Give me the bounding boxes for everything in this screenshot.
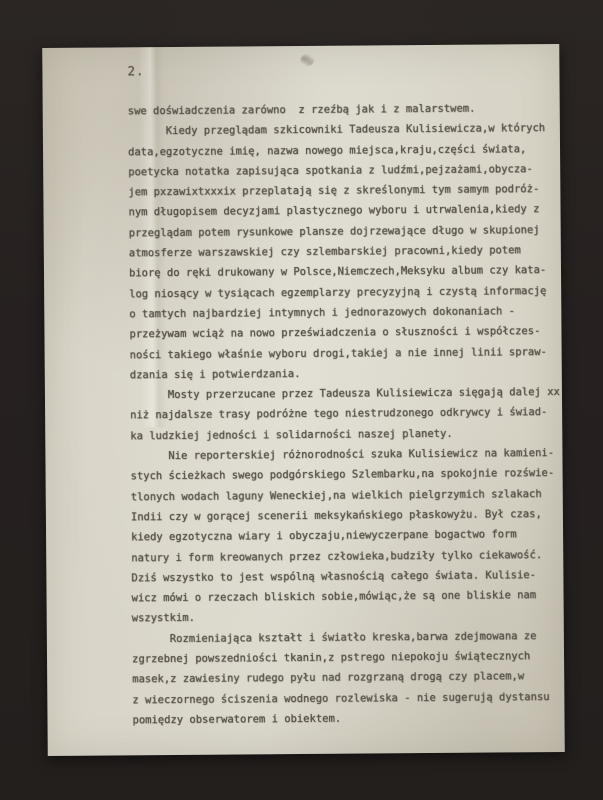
page-number: 2. xyxy=(127,63,144,78)
photo-background: 2. swe doświadczenia zarówno z rzeźbą ja… xyxy=(0,0,603,800)
text-line: biorę do ręki drukowany w Polsce,Niemcze… xyxy=(129,260,554,284)
text-line: wicz mówi o rzeczach bliskich sobie,mówi… xyxy=(131,585,556,609)
smudge-mark xyxy=(300,54,314,66)
text-line: pomiędzy obserwatorem i obiektem. xyxy=(132,707,557,731)
paragraph: Nie reporterskiej różnorodności szuka Ku… xyxy=(130,443,556,629)
paragraph: Kiedy przeglądam szkicowniki Tadeusza Ku… xyxy=(128,118,555,385)
text-line: masek,z zawiesiny rudego pyłu nad rozgrz… xyxy=(132,666,557,690)
text-line: ności takiego właśnie wyboru drogi,takie… xyxy=(130,342,555,366)
paragraph: Mosty przerzucane przez Tadeusza Kulisie… xyxy=(130,382,555,446)
typewritten-text: swe doświadczenia zarówno z rzeźbą jak i… xyxy=(128,98,558,731)
text-line: kiedy egzotyczna wiary i obyczaju,niewyc… xyxy=(131,524,556,548)
text-line: Kiedy przeglądam szkicowniki Tadeusza Ku… xyxy=(128,118,553,142)
text-line: przeżywam wciąż na nowo przeświadczenia … xyxy=(129,321,554,345)
scanned-page: 2. swe doświadczenia zarówno z rzeźbą ja… xyxy=(42,44,565,756)
text-line: stych ścieżkach swego podgórskiego Szlem… xyxy=(131,463,556,487)
paragraph: Rozmieniająca kształt i światło kreska,b… xyxy=(132,626,558,731)
text-line: niż najdalsze trasy podróżne tego niestr… xyxy=(130,402,555,426)
text-line: z wieczornego ściszenia wodnego rozlewis… xyxy=(132,687,557,711)
